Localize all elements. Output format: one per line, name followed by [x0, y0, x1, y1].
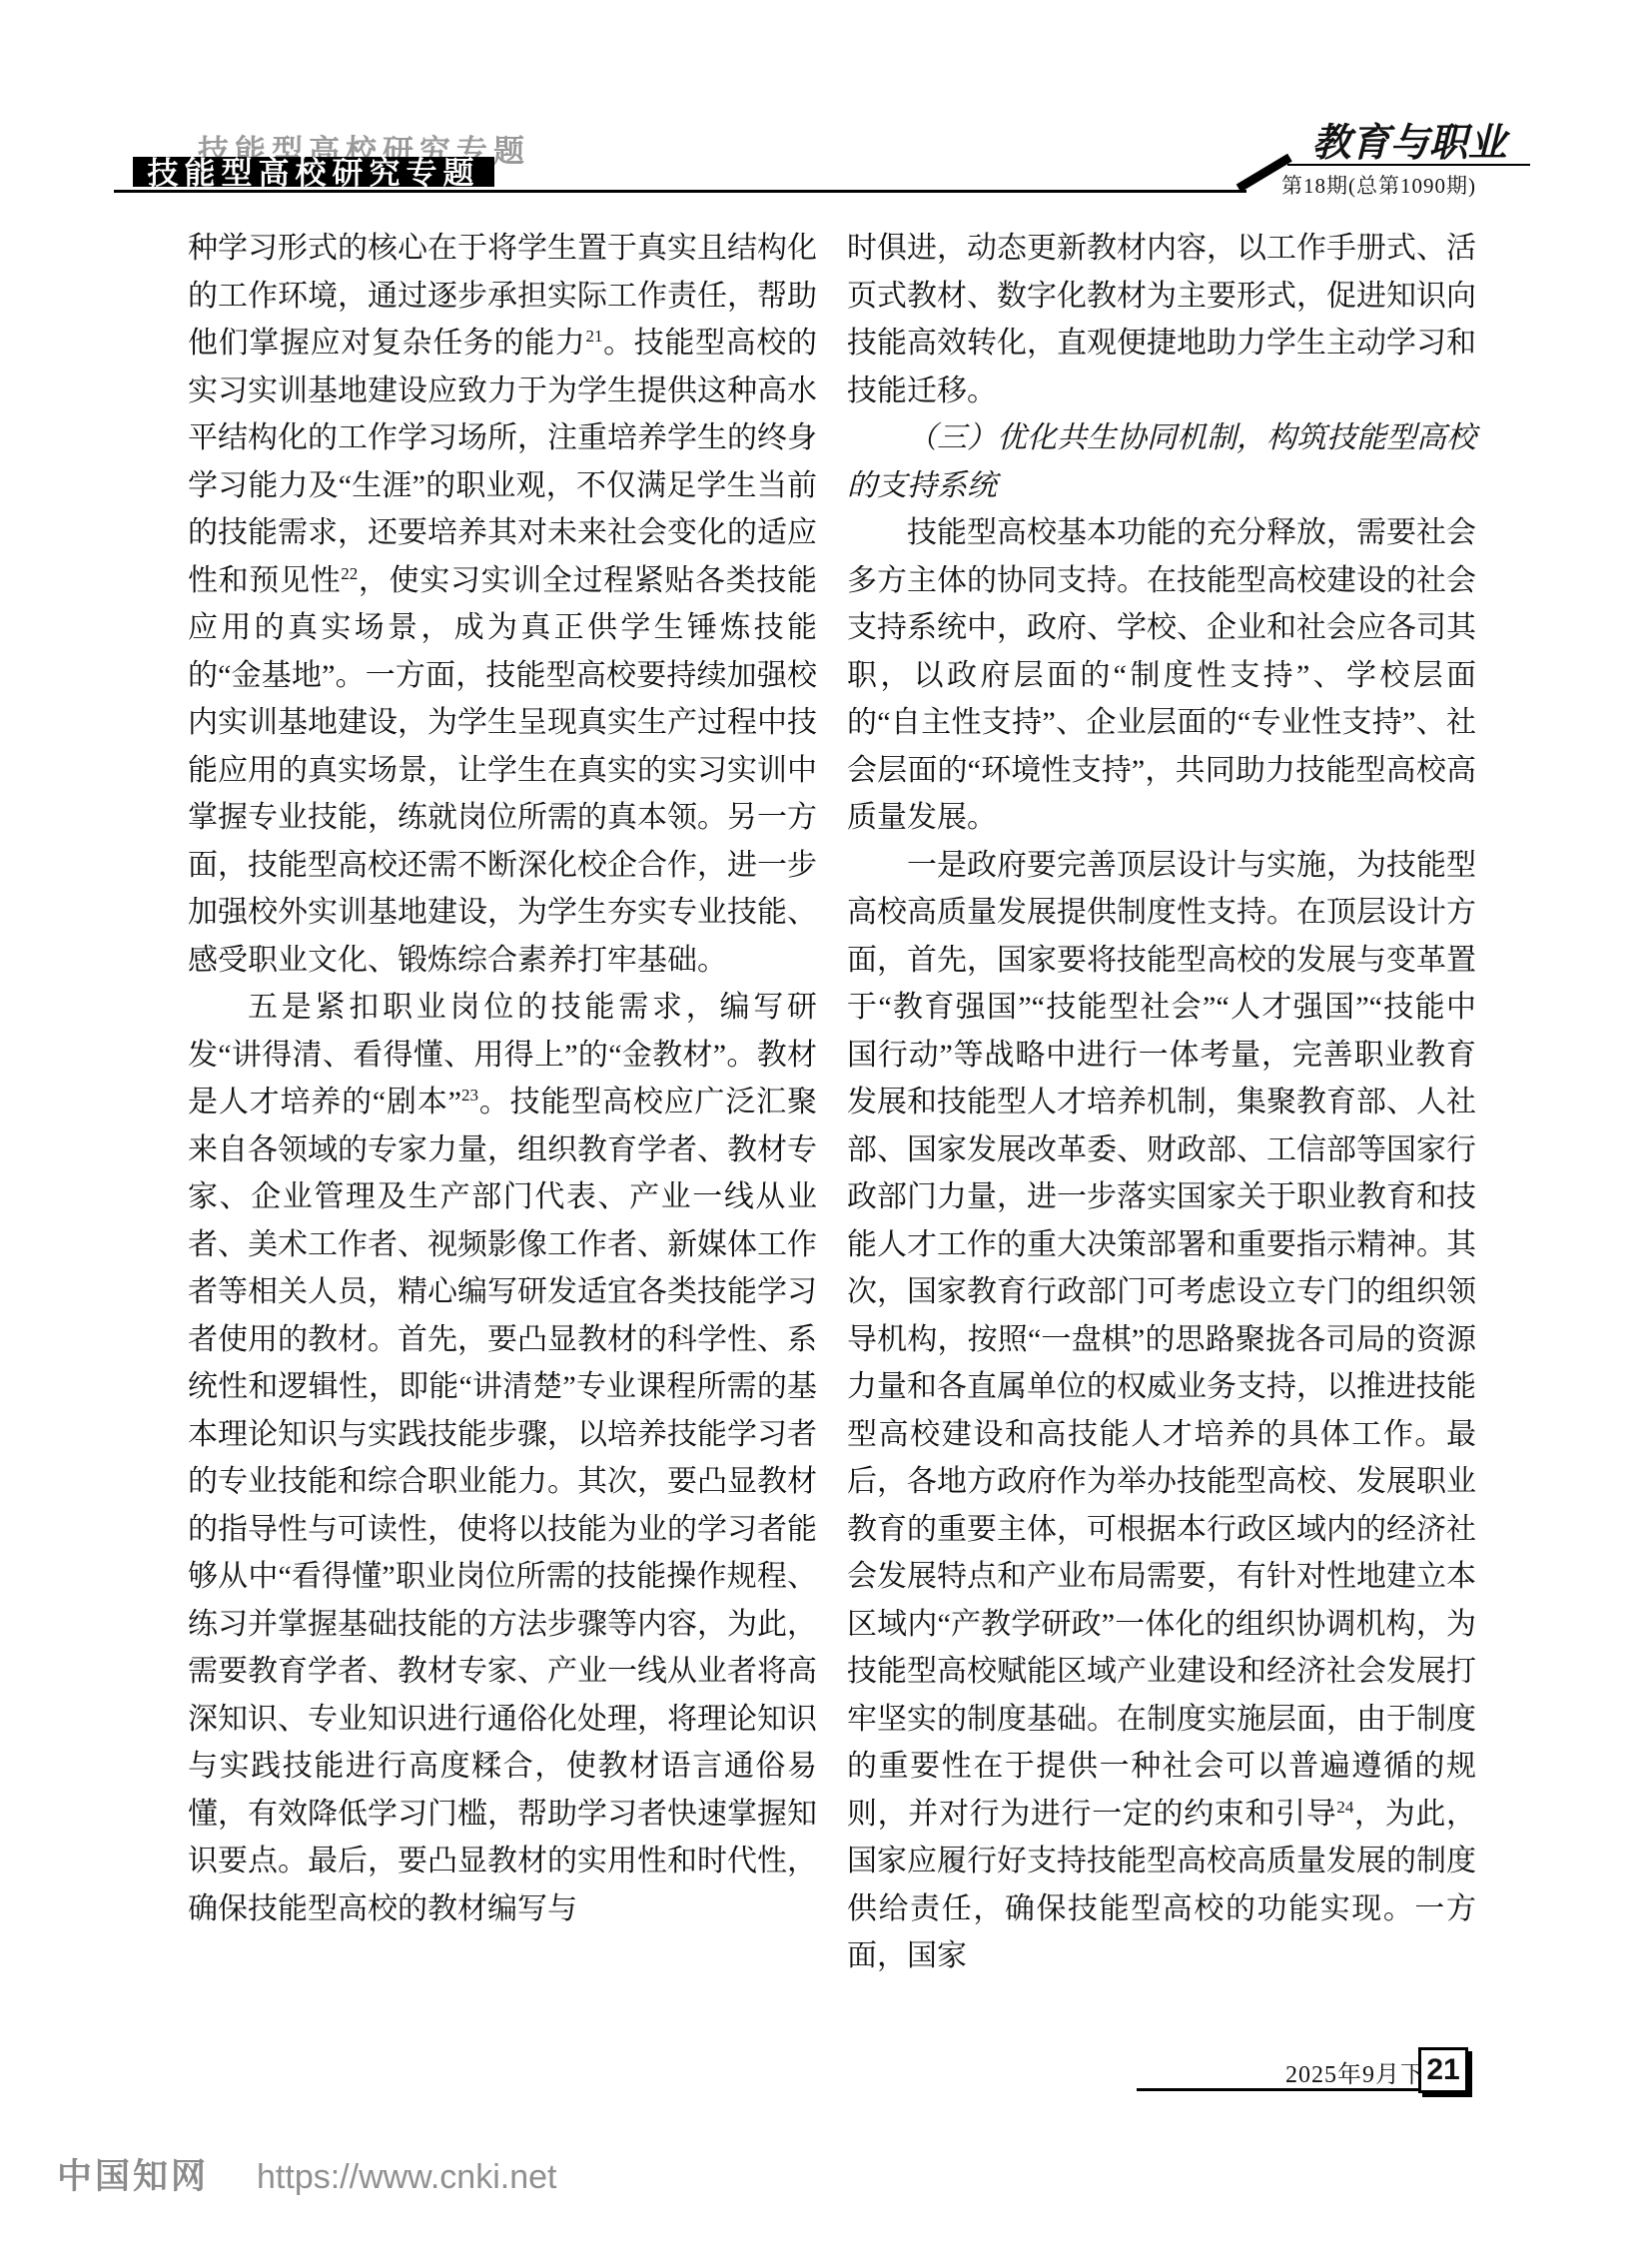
journal-name: 教育与职业: [1284, 112, 1534, 168]
citation-ref: 23: [461, 1086, 478, 1105]
left-column: 种学习形式的核心在于将学生置于真实且结构化的工作环境，通过逐步承担实际工作责任，…: [188, 225, 817, 1932]
page-number: 21: [1418, 2047, 1468, 2093]
header-rule: [114, 190, 1246, 193]
topic-badge: 技能型高校研究专题: [133, 157, 494, 187]
issue-info: 第18期(总第1090期): [1281, 170, 1476, 200]
cnki-site-name: 中国知网: [57, 2149, 209, 2199]
paragraph-support-system: 技能型高校基本功能的充分释放，需要社会多方主体的协同支持。在技能型高校建设的社会…: [847, 509, 1476, 842]
right-column: 时俱进，动态更新教材内容，以工作手册式、活页式教材、数字化教材为主要形式，促进知…: [847, 225, 1476, 1980]
cnki-site-url: https://www.cnki.net: [257, 2158, 556, 2197]
citation-ref: 21: [585, 327, 602, 346]
paragraph-internship-base: 种学习形式的核心在于将学生置于真实且结构化的工作环境，通过逐步承担实际工作责任，…: [188, 225, 817, 984]
topic-badge-label: 技能型高校研究专题: [148, 148, 480, 193]
footer-date: 2025年9月下: [1285, 2054, 1425, 2089]
citation-ref: 22: [341, 564, 358, 583]
paragraph-golden-textbook: 五是紧扣职业岗位的技能需求，编写研发“讲得清、看得懂、用得上”的“金教材”。教材…: [188, 984, 817, 1932]
paragraph-government-role: 一是政府要完善顶层设计与实施，为技能型高校高质量发展提供制度性支持。在顶层设计方…: [847, 842, 1476, 1980]
citation-ref: 24: [1336, 1798, 1353, 1817]
paragraph-textbook-continued: 时俱进，动态更新教材内容，以工作手册式、活页式教材、数字化教材为主要形式，促进知…: [847, 225, 1476, 414]
cnki-watermark: 中国知网 https://www.cnki.net: [57, 2149, 556, 2199]
section-heading-3: （三）优化共生协同机制，构筑技能型高校的支持系统: [847, 414, 1476, 509]
